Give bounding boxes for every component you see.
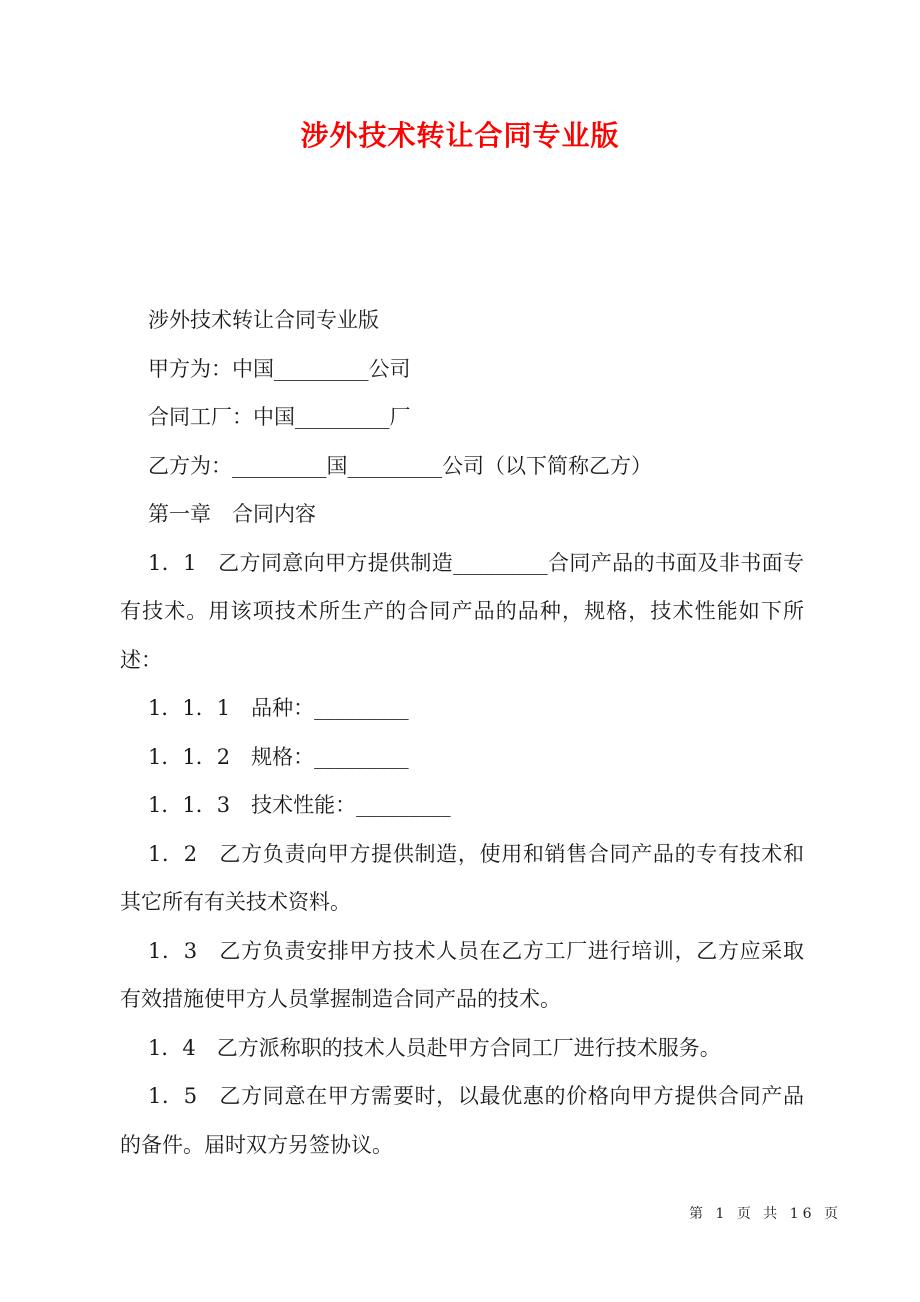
paragraph: 涉外技术转让合同专业版 xyxy=(120,296,804,345)
document-body: 涉外技术转让合同专业版甲方为：中国_________公司合同工厂：中国_____… xyxy=(120,296,804,1169)
paragraph: 乙方为：_________国_________公司（以下简称乙方） xyxy=(120,442,804,491)
paragraph: 1．1 乙方同意向甲方提供制造_________合同产品的书面及非书面专有技术。… xyxy=(120,539,804,685)
document-page: 涉外技术转让合同专业版 涉外技术转让合同专业版甲方为：中国_________公司… xyxy=(0,0,920,1302)
paragraph: 1．4 乙方派称职的技术人员赴甲方合同工厂进行技术服务。 xyxy=(120,1024,804,1073)
page-number-footer: 第 1 页 共 16 页 xyxy=(689,1203,842,1223)
paragraph: 1．1．2 规格：_________ xyxy=(120,733,804,782)
paragraph: 1．1．1 品种：_________ xyxy=(120,684,804,733)
paragraph: 1．3 乙方负责安排甲方技术人员在乙方工厂进行培训，乙方应采取有效措施使甲方人员… xyxy=(120,927,804,1024)
paragraph: 1．2 乙方负责向甲方提供制造，使用和销售合同产品的专有技术和其它所有有关技术资… xyxy=(120,830,804,927)
paragraph: 合同工厂：中国_________厂 xyxy=(120,393,804,442)
document-title: 涉外技术转让合同专业版 xyxy=(0,114,920,154)
paragraph: 1．1．3 技术性能：_________ xyxy=(120,781,804,830)
paragraph: 甲方为：中国_________公司 xyxy=(120,345,804,394)
paragraph: 第一章 合同内容 xyxy=(120,490,804,539)
paragraph: 1．5 乙方同意在甲方需要时，以最优惠的价格向甲方提供合同产品的备件。届时双方另… xyxy=(120,1072,804,1169)
